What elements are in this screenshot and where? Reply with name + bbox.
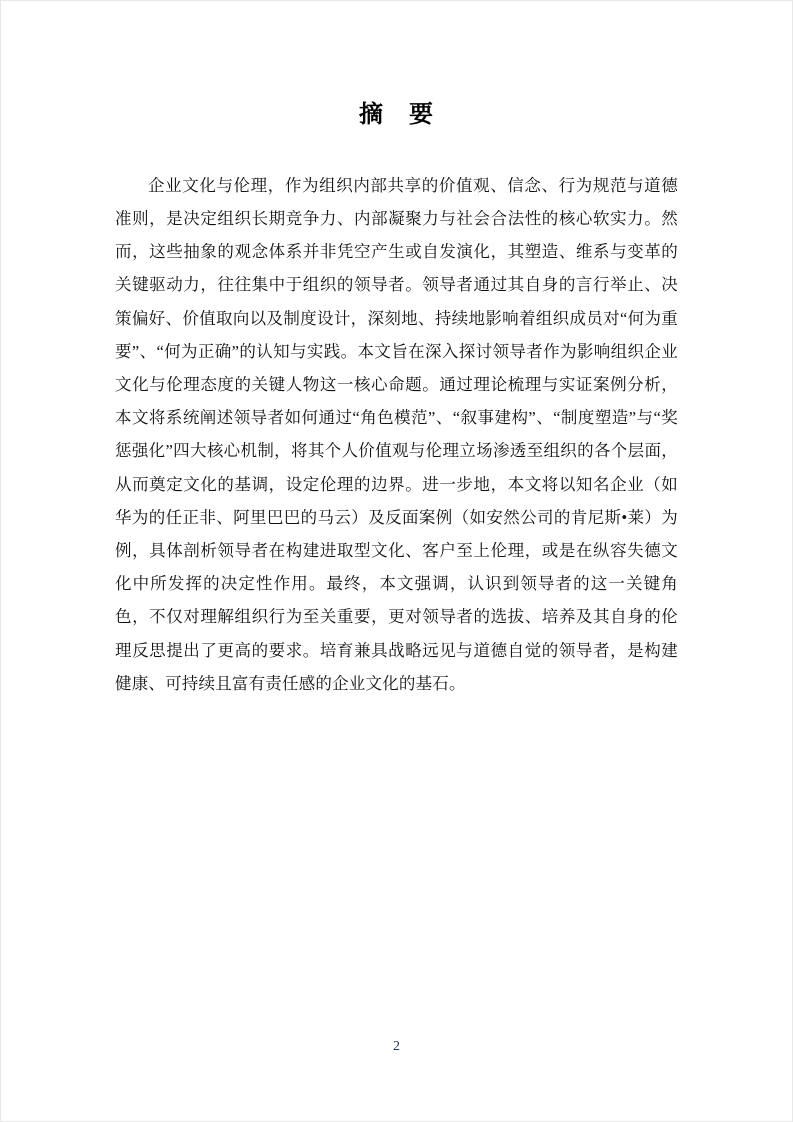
page-number: 2 xyxy=(393,1039,400,1054)
page-title: 摘 要 xyxy=(1,1,792,130)
abstract-paragraph: 企业文化与伦理，作为组织内部共享的价值观、信念、行为规范与道德准则，是决定组织长… xyxy=(115,169,678,700)
document-page: 摘 要 企业文化与伦理，作为组织内部共享的价值观、信念、行为规范与道德准则，是决… xyxy=(0,0,793,1122)
page-footer: 2 xyxy=(1,1037,792,1055)
